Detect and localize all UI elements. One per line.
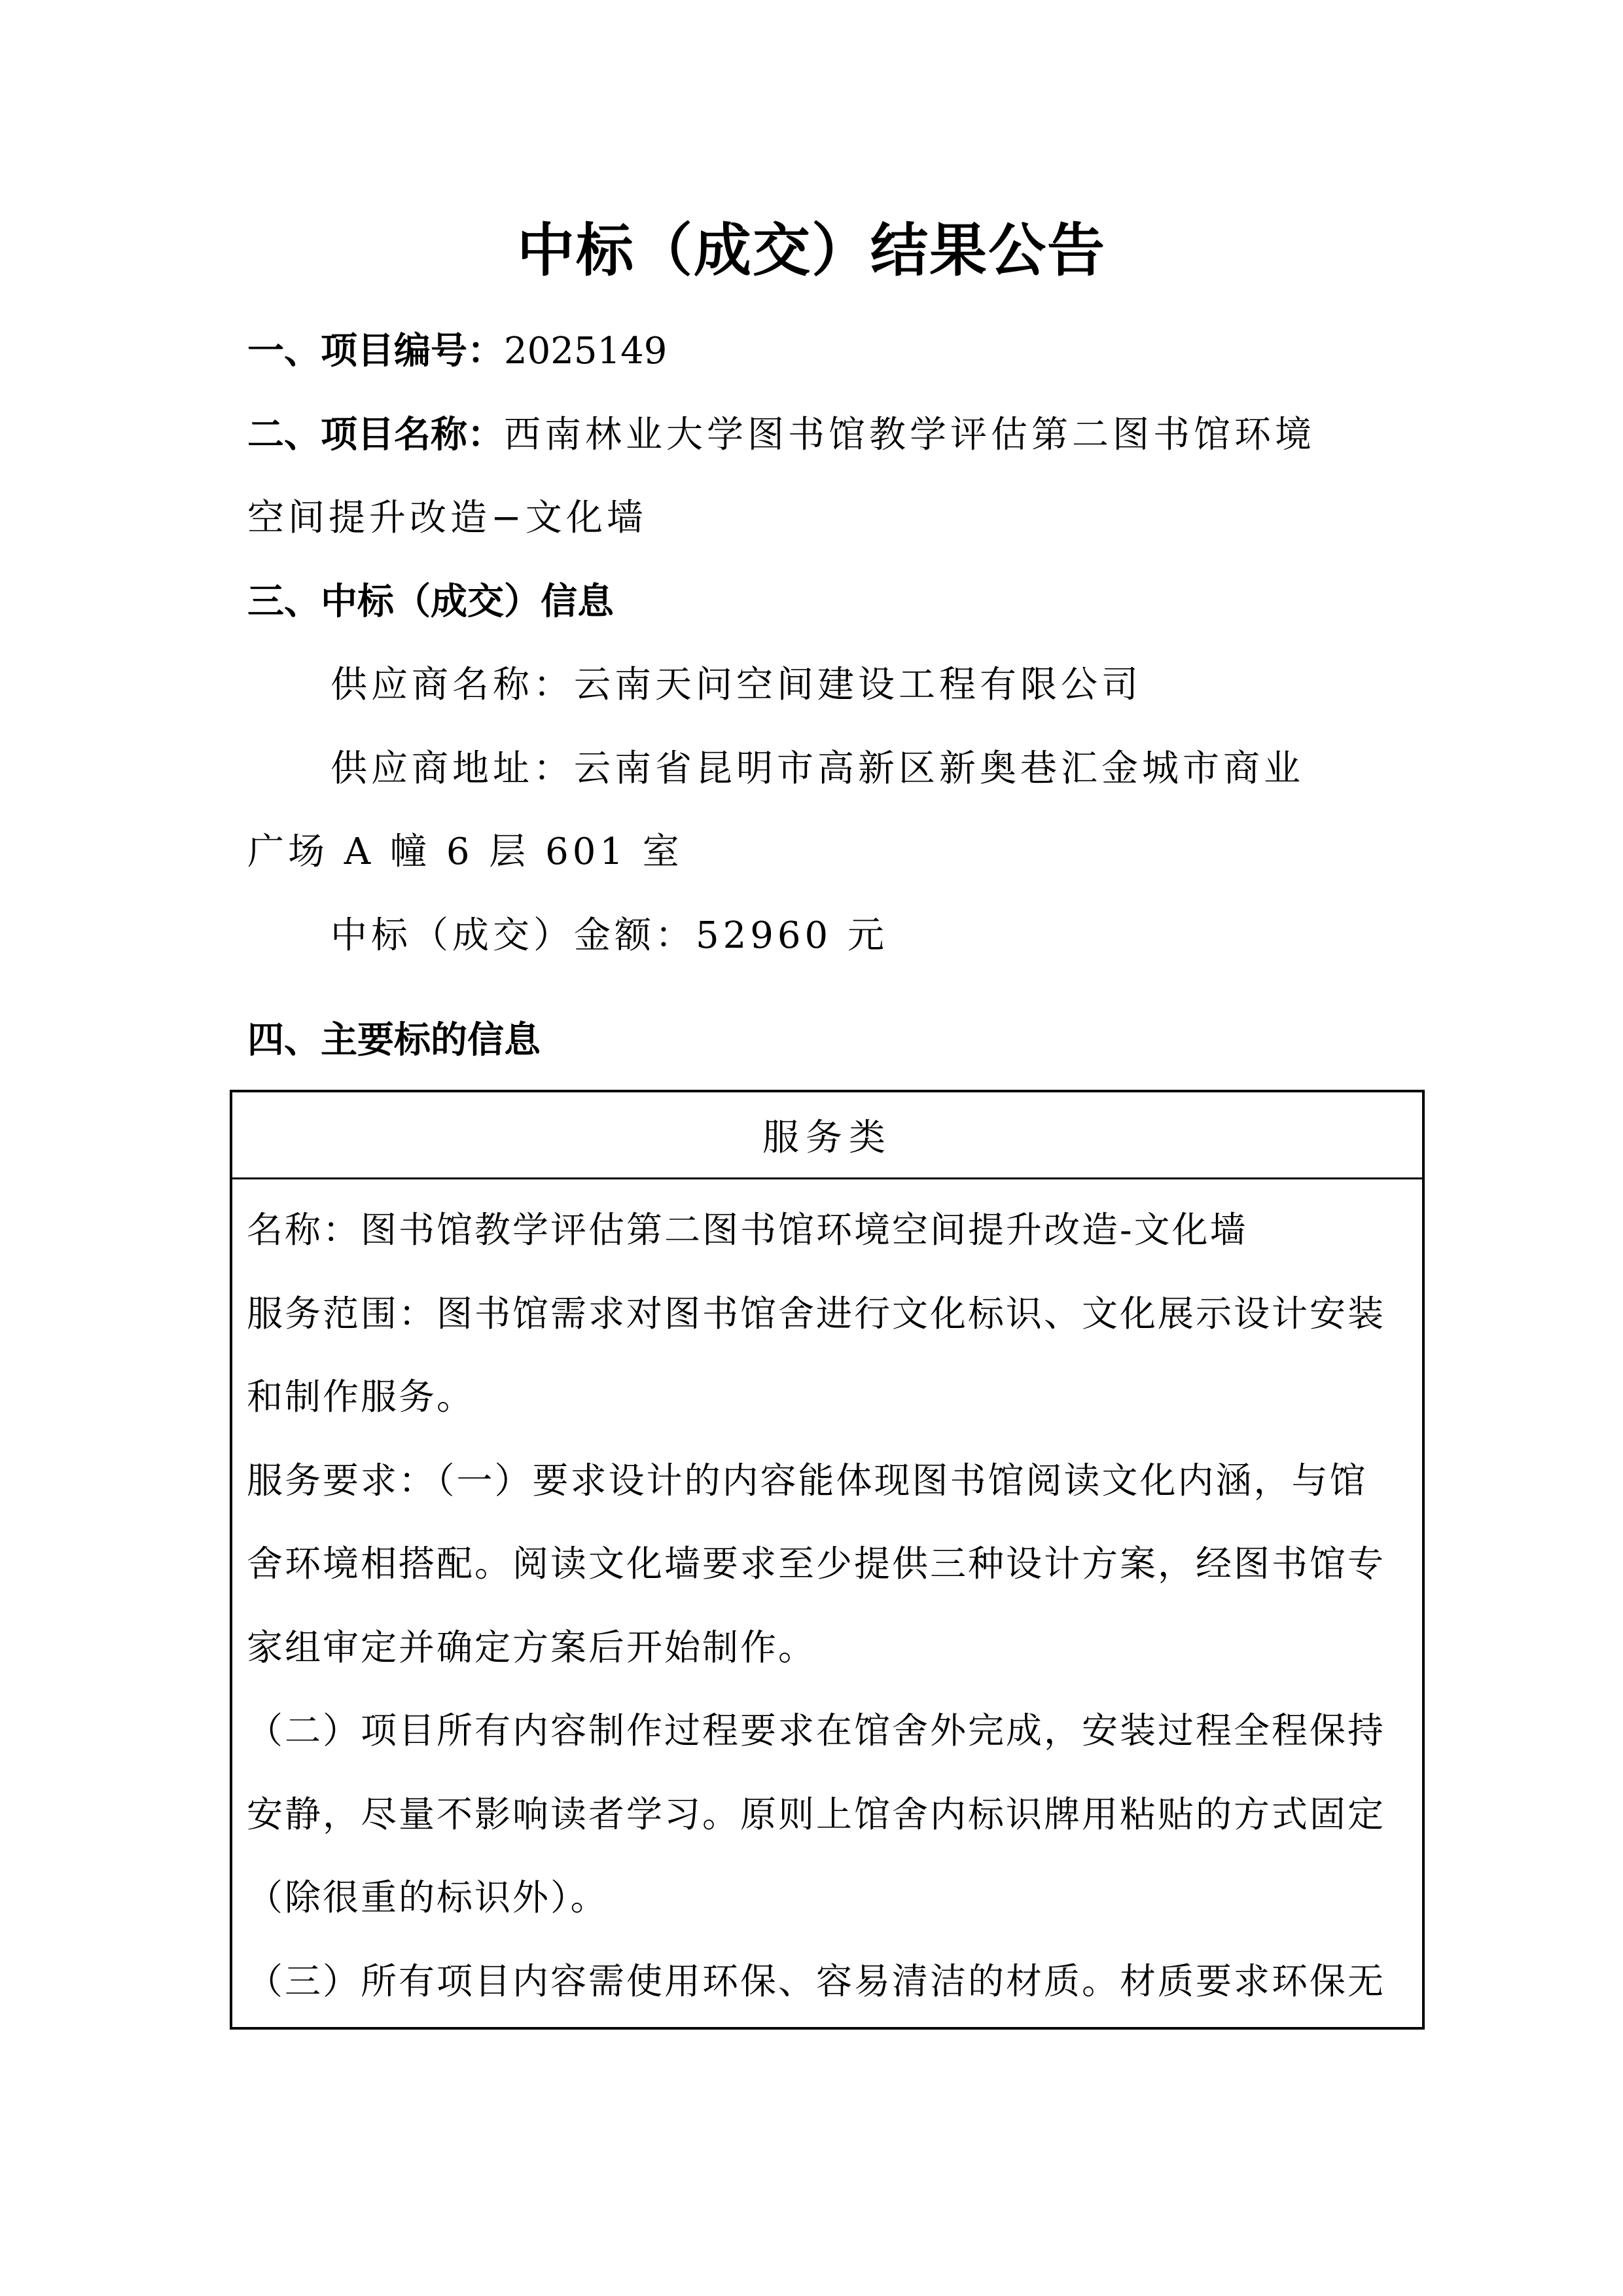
table-line-requirement-2-cont: 安静，尽量不影响读者学习。原则上馆舍内标识牌用粘贴的方式固定 <box>247 1791 1385 1837</box>
project-name-label: 二、项目名称： <box>247 414 504 456</box>
table-header-service-category: 服务类 <box>232 1092 1422 1179</box>
subject-info-table: 服务类 名称：图书馆教学评估第二图书馆环境空间提升改造-文化墙 服务范围：图书馆… <box>230 1090 1425 2030</box>
table-line-requirement-3: （三）所有项目内容需使用环保、容易清洁的材质。材质要求环保无 <box>247 1958 1385 2004</box>
supplier-name-line: 供应商名称：云南天问空间建设工程有限公司 <box>330 662 1142 708</box>
main-subject-heading: 四、主要标的信息 <box>247 1018 541 1064</box>
table-line-requirement-2-end: （除很重的标识外）。 <box>247 1874 609 1920</box>
project-name-line: 二、项目名称：西南林业大学图书馆教学评估第二图书馆环境 <box>247 412 1315 458</box>
supplier-name-value: 云南天问空间建设工程有限公司 <box>574 664 1142 706</box>
table-line-name: 名称：图书馆教学评估第二图书馆环境空间提升改造-文化墙 <box>247 1207 1248 1253</box>
supplier-address-line: 供应商地址：云南省昆明市高新区新奥巷汇金城市商业 <box>330 746 1304 792</box>
table-line-requirement-1-cont: 舍环境相搭配。阅读文化墙要求至少提供三种设计方案，经图书馆专 <box>247 1541 1385 1587</box>
table-line-requirement-2: （二）项目所有内容制作过程要求在馆舍外完成，安装过程全程保持 <box>247 1708 1385 1753</box>
award-amount-line: 中标（成交）金额：52960 元 <box>330 913 888 959</box>
supplier-name-label: 供应商名称： <box>330 664 574 706</box>
project-number-label: 一、项目编号： <box>247 330 504 372</box>
project-number-value: 2025149 <box>504 330 667 372</box>
table-line-scope: 服务范围：图书馆需求对图书馆舍进行文化标识、文化展示设计安装 <box>247 1291 1385 1336</box>
supplier-address-continued: 广场 A 幢 6 层 601 室 <box>247 829 683 875</box>
table-line-requirement-1: 服务要求：（一）要求设计的内容能体现图书馆阅读文化内涵，与馆 <box>247 1458 1368 1503</box>
page-title: 中标（成交）结果公告 <box>0 215 1623 287</box>
project-number-line: 一、项目编号：2025149 <box>247 329 667 374</box>
award-info-heading: 三、中标（成交）信息 <box>247 579 614 625</box>
project-name-value: 西南林业大学图书馆教学评估第二图书馆环境 <box>504 414 1315 456</box>
table-line-scope-continued: 和制作服务。 <box>247 1374 474 1420</box>
document-page: 中标（成交）结果公告 一、项目编号：2025149 二、项目名称：西南林业大学图… <box>0 0 1623 2296</box>
award-amount-label: 中标（成交）金额： <box>330 914 696 957</box>
table-line-requirement-1-end: 家组审定并确定方案后开始制作。 <box>247 1624 816 1670</box>
supplier-address-value: 云南省昆明市高新区新奥巷汇金城市商业 <box>574 747 1304 790</box>
supplier-address-label: 供应商地址： <box>330 747 574 790</box>
award-amount-value: 52960 元 <box>696 914 888 957</box>
project-name-value-continued: 空间提升改造−文化墙 <box>247 495 647 541</box>
